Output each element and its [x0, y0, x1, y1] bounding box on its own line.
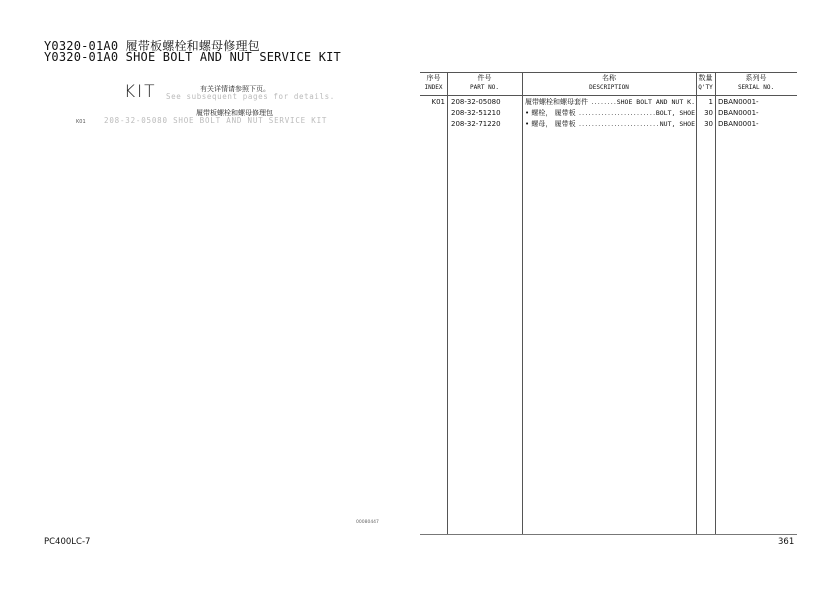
row-description-cn: • 螺母， 履带板 [525, 119, 576, 130]
leader-dots: ........................................… [576, 119, 660, 130]
header-qty: 数量 Q'TY [696, 73, 715, 95]
header-description-en: DESCRIPTION [522, 83, 696, 93]
row-index [420, 119, 445, 130]
column-divider [715, 72, 716, 534]
row-description: 履带螺栓和螺母套件 ..............................… [525, 97, 695, 108]
illustration-id: 00080447 [356, 520, 379, 525]
header-part-no: 件号 PART NO. [447, 73, 522, 95]
header-serial: 系列号 SERIAL NO. [715, 73, 797, 95]
kit-item-line: 208-32-05080 SHOE BOLT AND NUT SERVICE K… [104, 116, 327, 125]
column-divider [447, 72, 448, 534]
row-serial: DBAN0001- [718, 97, 796, 108]
row-description-cn: 履带螺栓和螺母套件 [525, 97, 588, 108]
row-serial: DBAN0001- [718, 119, 796, 130]
row-part-no: 208-32-51210 [451, 108, 521, 119]
row-index: K01 [420, 97, 445, 108]
machine-model: PC400LC-7 [44, 537, 90, 547]
row-part-no: 208-32-71220 [451, 119, 521, 130]
row-description-en: SHOE BOLT AND NUT K. [617, 97, 695, 108]
header-description-cn: 名称 [522, 73, 696, 83]
row-index [420, 108, 445, 119]
header-qty-cn: 数量 [696, 73, 715, 83]
leader-dots: ........................................… [576, 108, 656, 119]
header-qty-en: Q'TY [696, 83, 715, 93]
row-description: • 螺母， 履带板 ..............................… [525, 119, 695, 130]
row-serial: DBAN0001- [718, 108, 796, 119]
header-part-no-en: PART NO. [447, 83, 522, 93]
header-index-cn: 序号 [420, 73, 447, 83]
header-index-en: INDEX [420, 83, 447, 93]
row-description-en: NUT, SHOE [660, 119, 695, 130]
row-description-cn: • 螺栓， 履带板 [525, 108, 576, 119]
kit-item-index: K01 [76, 119, 86, 125]
header-description: 名称 DESCRIPTION [522, 73, 696, 95]
page-title-en: Y0320-01A0 SHOE BOLT AND NUT SERVICE KIT [44, 50, 341, 64]
header-part-no-cn: 件号 [447, 73, 522, 83]
table-header-divider [420, 95, 797, 96]
row-description-en: BOLT, SHOE [656, 108, 695, 119]
page-number: 361 [778, 537, 794, 547]
row-qty: 30 [697, 108, 713, 119]
row-qty: 30 [697, 119, 713, 130]
row-part-no: 208-32-05080 [451, 97, 521, 108]
header-serial-en: SERIAL NO. [715, 83, 797, 93]
kit-label: KIT [124, 82, 157, 102]
header-index: 序号 INDEX [420, 73, 447, 95]
kit-note-en: See subsequent pages for details. [166, 92, 335, 101]
table-bottom-border [420, 534, 797, 535]
header-serial-cn: 系列号 [715, 73, 797, 83]
leader-dots: ....................................... [588, 97, 617, 108]
row-description: • 螺栓， 履带板 ..............................… [525, 108, 695, 119]
column-divider [696, 72, 697, 534]
column-divider [522, 72, 523, 534]
row-qty: 1 [697, 97, 713, 108]
